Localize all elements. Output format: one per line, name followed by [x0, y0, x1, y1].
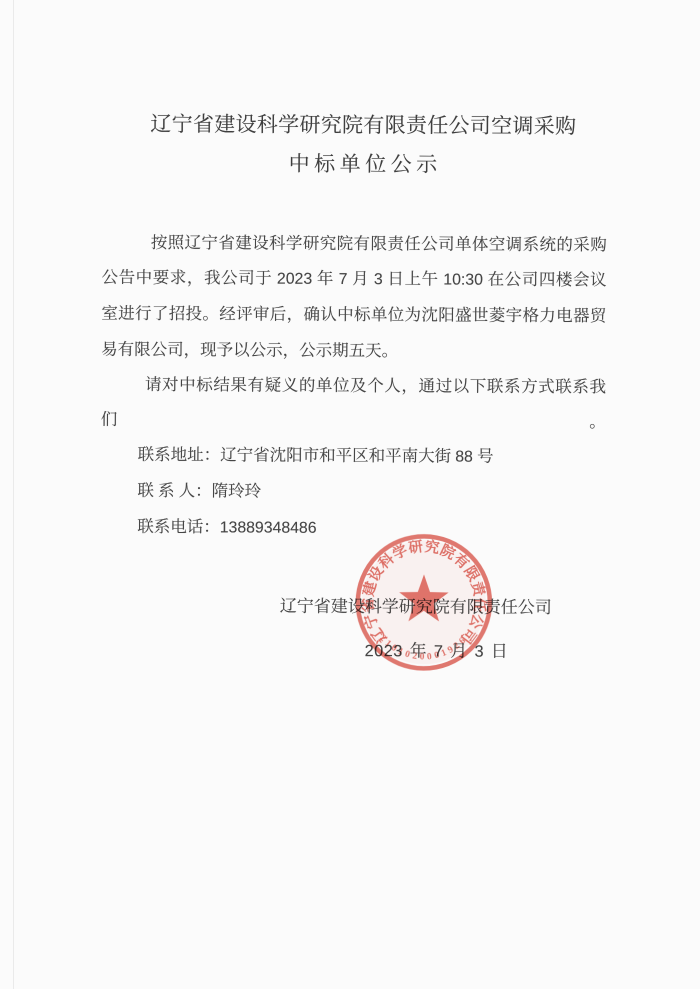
company-seal-stamp: 辽宁省建设科学研究院有限责任公司 2101020001926	[348, 527, 499, 678]
contact-phone-label: 联系电话：	[137, 517, 220, 536]
document-title: 辽宁省建设科学研究院有限责任公司空调采购 中标单位公示	[13, 104, 700, 185]
document-body: 按照辽宁省建设科学研究院有限责任公司单体空调系统的采购 公告中要求，我公司于 2…	[100, 225, 607, 547]
paragraph1-line1: 按照辽宁省建设科学研究院有限责任公司单体空调系统的采购	[102, 225, 607, 263]
contact-person-value: 隋玲玲	[212, 482, 262, 501]
contact-person-label: 联 系 人：	[137, 481, 211, 500]
paragraph1-line4: 易有限公司，现予以公示，公示期五天。	[101, 331, 606, 369]
contact-person-line: 联 系 人：隋玲玲	[100, 473, 605, 511]
contact-address-line: 联系地址：辽宁省沈阳市和平区和平南大街 88 号	[101, 437, 606, 476]
title-line-2: 中标单位公示	[13, 143, 700, 185]
paragraph1-line2: 公告中要求，我公司于 2023 年 7 月 3 日上午 10:30 在公司四楼会…	[101, 260, 606, 299]
contact-address-label: 联系地址：	[138, 445, 221, 464]
document-content: 辽宁省建设科学研究院有限责任公司空调采购 中标单位公示 按照辽宁省建设科学研究院…	[0, 0, 700, 989]
paragraph2-line: 请对中标结果有疑义的单位及个人，通过以下联系方式联系我们。	[101, 367, 606, 440]
document-page: 辽宁省建设科学研究院有限责任公司空调采购 中标单位公示 按照辽宁省建设科学研究院…	[0, 0, 700, 989]
paragraph1-line3: 室进行了招投。经评审后，确认中标单位为沈阳盛世菱宇格力电器贸	[101, 296, 606, 334]
title-line-1: 辽宁省建设科学研究院有限责任公司空调采购	[13, 104, 700, 146]
contact-phone-value: 13889348486	[220, 519, 317, 537]
contact-address-value: 辽宁省沈阳市和平区和平南大街 88 号	[220, 446, 493, 466]
